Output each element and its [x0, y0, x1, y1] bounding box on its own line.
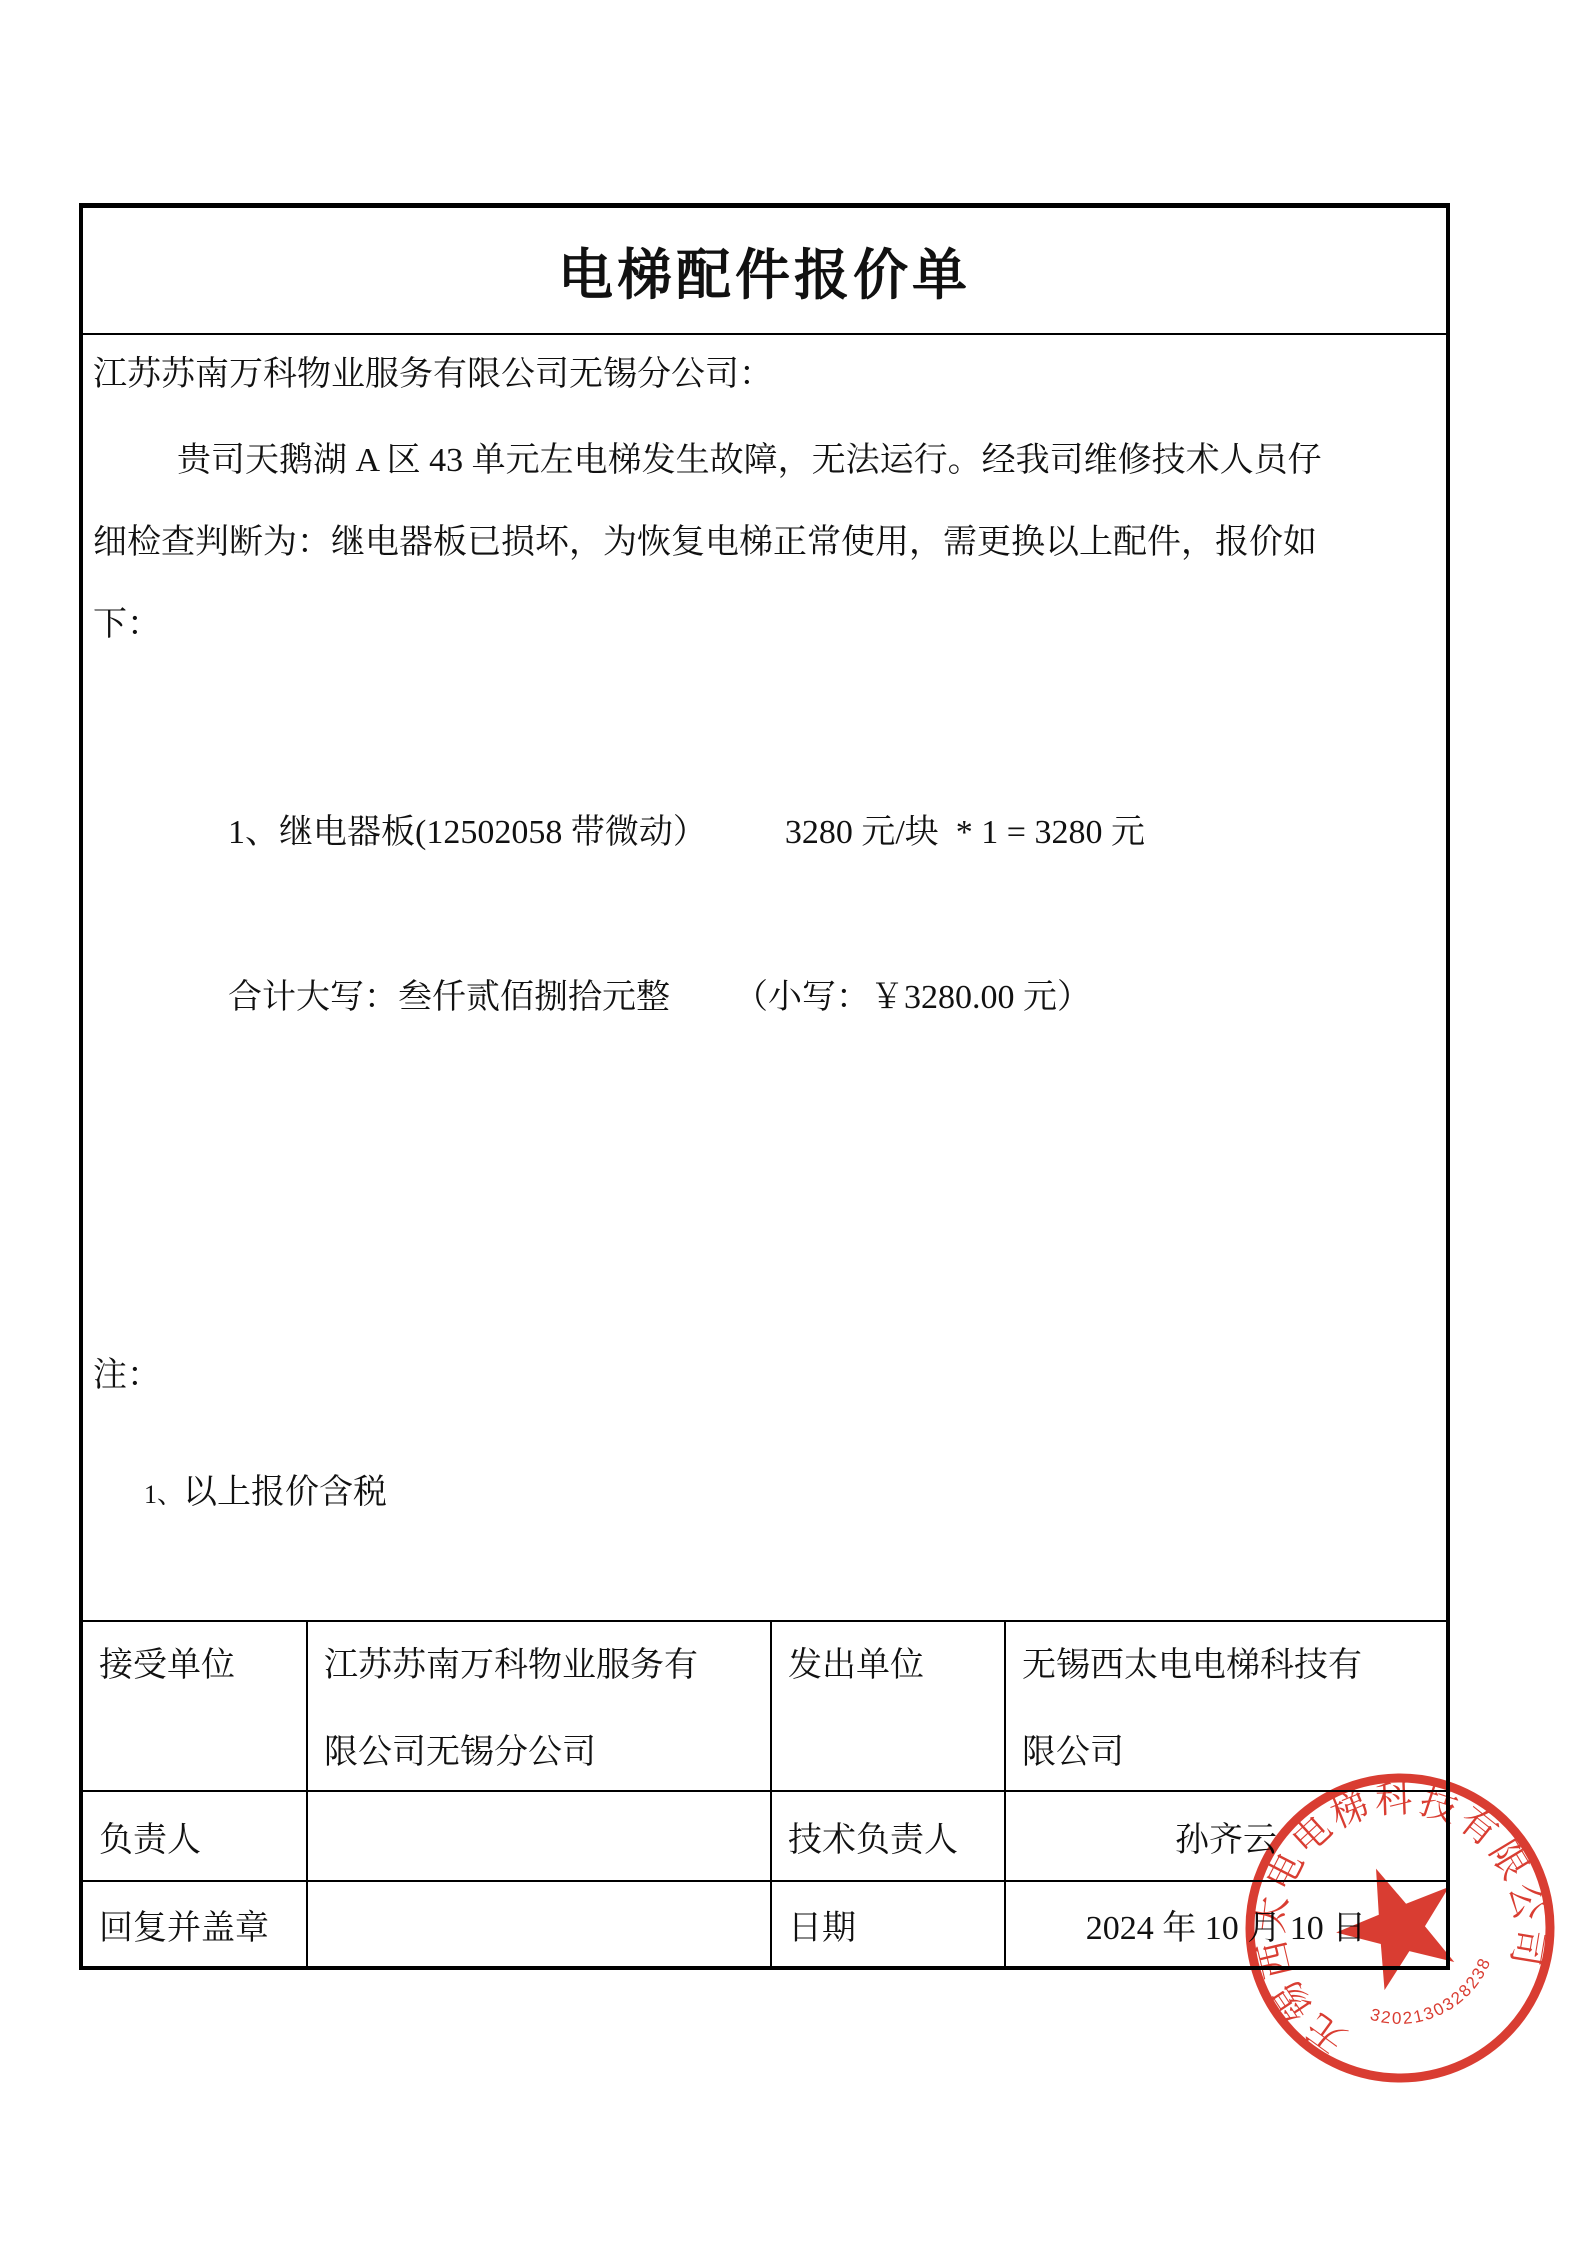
title-section: 电梯配件报价单 — [83, 208, 1446, 335]
table-cell-reply-label: 回复并盖章 — [83, 1882, 308, 1966]
paragraph-line: 贵司天鹅湖 A 区 43 单元左电梯发生故障，无法运行。经我司维修技术人员仔 — [93, 420, 1432, 502]
seal-star-icon — [1320, 1846, 1476, 1999]
receiver-line: 江苏苏南万科物业服务有 — [324, 1622, 770, 1709]
item-name: 1、继电器板(12502058 带微动） — [228, 814, 707, 851]
receiver-line: 限公司无锡分公司 — [324, 1709, 770, 1796]
note-item-text: 以上报价含税 — [183, 1474, 387, 1511]
note-label: 注： — [93, 1356, 161, 1396]
total-line: 合计大写：叁仟贰佰捌拾元整（小写：￥3280.00 元） — [177, 938, 1091, 1058]
table-cell-manager-label: 负责人 — [83, 1792, 308, 1882]
paragraph-line: 下： — [93, 584, 1432, 666]
total-capital: 合计大写：叁仟贰佰捌拾元整 — [228, 979, 670, 1016]
paragraph-line: 细检查判断为：继电器板已损坏，为恢复电梯正常使用，需更换以上配件，报价如 — [93, 502, 1432, 584]
seal-serial-text: 3202130328238 — [1360, 1949, 1508, 2045]
note-item: 1、以上报价含税 — [93, 1433, 387, 1555]
table-cell-manager-value — [308, 1792, 772, 1882]
quotation-page: 电梯配件报价单 江苏苏南万科物业服务有限公司无锡分公司： 贵司天鹅湖 A 区 4… — [0, 0, 1587, 2245]
table-cell-date-label: 日期 — [772, 1882, 1006, 1966]
salutation-line: 江苏苏南万科物业服务有限公司无锡分公司： — [93, 355, 773, 395]
body-paragraph: 贵司天鹅湖 A 区 43 单元左电梯发生故障，无法运行。经我司维修技术人员仔 细… — [93, 420, 1432, 666]
table-cell-tech-label: 技术负责人 — [772, 1792, 1006, 1882]
table-cell-receiver-value: 江苏苏南万科物业服务有 限公司无锡分公司 — [308, 1622, 772, 1792]
item-price: 3280 元/块 * 1 = 3280 元 — [785, 814, 1145, 851]
issuer-line: 无锡西太电电梯科技有 — [1022, 1622, 1446, 1709]
document-border-box: 电梯配件报价单 江苏苏南万科物业服务有限公司无锡分公司： 贵司天鹅湖 A 区 4… — [79, 203, 1450, 1970]
total-small: （小写：￥3280.00 元） — [734, 979, 1091, 1016]
item-line: 1、继电器板(12502058 带微动）3280 元/块 * 1 = 3280 … — [177, 773, 1145, 893]
table-cell-issuer-label: 发出单位 — [772, 1622, 1006, 1792]
note-item-number: 1、 — [144, 1480, 183, 1509]
page-title: 电梯配件报价单 — [558, 231, 971, 310]
company-seal-stamp: 无锡西太电电梯科技有限公司 3202130328238 — [1230, 1758, 1570, 2098]
table-cell-reply-value — [308, 1882, 772, 1966]
table-cell-receiver-label: 接受单位 — [83, 1622, 308, 1792]
